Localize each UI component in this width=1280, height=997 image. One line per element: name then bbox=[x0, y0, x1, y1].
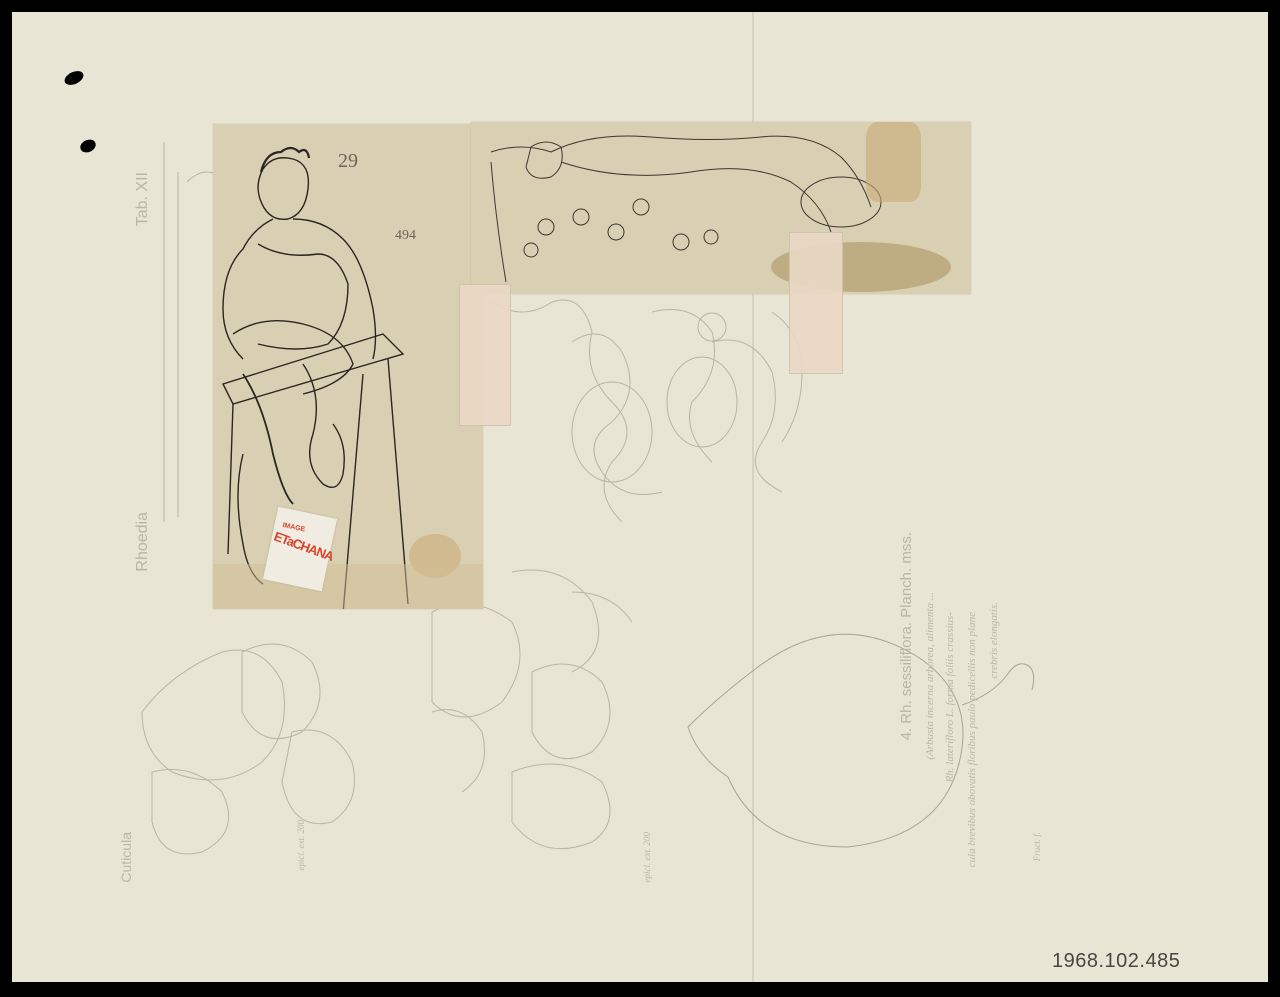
fruit-note: Fruct. f. bbox=[1032, 832, 1042, 861]
genus-label: Rhoedia bbox=[134, 512, 152, 572]
tape-piece bbox=[789, 232, 843, 374]
scale-note-2: epicl. ext. 200 bbox=[642, 832, 652, 882]
section-label: Cuticula bbox=[118, 832, 134, 883]
paper-sheet: Tab. XII Rhoedia Cuticula epicl. ext. 20… bbox=[12, 12, 1268, 982]
tracing-paper-figure: 29 494 bbox=[213, 124, 483, 609]
sketch-number-29: 29 bbox=[338, 150, 358, 173]
tape-piece bbox=[459, 284, 511, 426]
scale-note-1: epicl. ext. 200 bbox=[296, 820, 306, 870]
tape-strip bbox=[213, 564, 483, 609]
species-text-1: (Arbusta incerna arborea, alimenta ... bbox=[924, 592, 936, 760]
stain bbox=[866, 122, 921, 202]
species-heading: 4. Rh. sessiliflora. Planch. mss. bbox=[898, 532, 915, 740]
species-text-2: Rh. laterifloro L. forma foliis crassius… bbox=[944, 612, 956, 782]
species-text-3: cula brevibus obovatis floribus paulo pe… bbox=[966, 612, 978, 867]
tracing-paper-reclining-figure bbox=[471, 122, 971, 294]
species-text-4: crebris elongatis. bbox=[988, 602, 1000, 679]
accession-number: 1968.102.485 bbox=[1052, 950, 1180, 973]
sketch-number-494: 494 bbox=[395, 228, 416, 244]
plate-label: Tab. XII bbox=[134, 172, 152, 226]
stamp-text-main: ETaCHANA bbox=[272, 529, 335, 564]
